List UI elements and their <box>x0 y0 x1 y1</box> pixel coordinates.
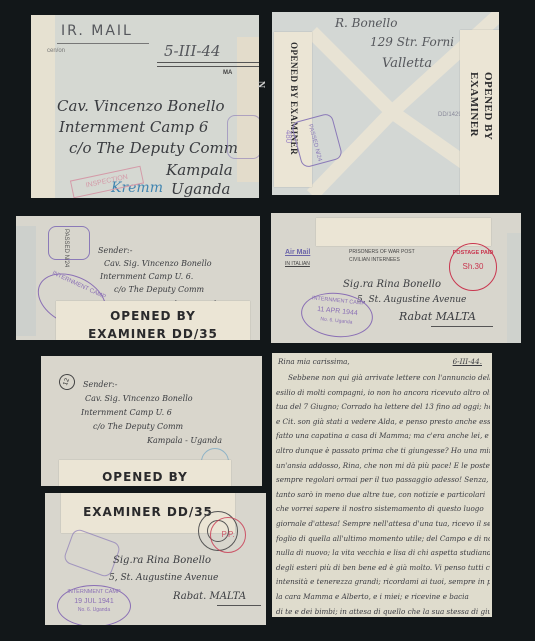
passed-censor-stamp <box>62 528 121 579</box>
address-line: Uganda <box>171 180 230 198</box>
sender-line: 129 Str. Forni <box>370 35 454 49</box>
sender-line: Internment Camp U. 6. <box>100 272 193 281</box>
cover-front-airmail: IR. MAIL 5-III-44 cen/on MA Cav. Vincenz… <box>31 15 259 198</box>
address-line: Kampala <box>166 161 233 179</box>
censor-mark: cen/on <box>47 48 65 54</box>
underline <box>217 605 261 606</box>
sender-label: Sender:- <box>98 246 132 255</box>
underline <box>157 66 259 67</box>
address-line: Rabat. MALTA <box>173 591 246 602</box>
internment-camp-oval-stamp: INTERNMENT CAMP 19 JUL 1941 No. 6. Ugand… <box>57 585 131 625</box>
circle-mark: 12 <box>57 372 78 393</box>
address-line: c/o The Deputy Comm <box>69 139 238 157</box>
examiner-text: EXAMINER DD/35 <box>56 327 250 340</box>
airmail-label: IR. MAIL <box>61 23 133 39</box>
letter-line: foglio di quella all'ultimo momento util… <box>276 532 490 547</box>
examiner-number: 480 <box>284 130 293 143</box>
postage-paid-stamp: POSTAGE PAID Sh.30 <box>449 243 497 291</box>
opened-by-text: OPENED BY <box>482 72 494 140</box>
letter-body: Sebbene non qui già arrivate lettere con… <box>276 371 490 617</box>
letter-line: la cara Mamma e Alberto, e i miei; e ric… <box>276 590 490 605</box>
letter-line: sempre regolari ormai per il tuo passagg… <box>276 473 490 488</box>
sender-line: Cav. Sig. Vincenzo Bonello <box>85 394 193 403</box>
sender-line: Kampala - Uganda <box>147 436 222 445</box>
letter-line: Sebbene non qui già arrivate lettere con… <box>276 371 490 386</box>
examiner-text: EXAMINER <box>468 72 480 137</box>
air-mail-label: Air Mail <box>285 249 310 256</box>
letter-line: degli esteri più di ben bene ed è già mo… <box>276 561 490 576</box>
letter-line: fatto una capatina a casa di Mamma; ma c… <box>276 429 490 444</box>
card-front-malta: EXAMINER DD/35 P.P. Sig.ra Rina Bonello … <box>45 493 266 625</box>
date-text: 5-III-44 <box>164 42 221 60</box>
letter-line: che vorrei sapere il nostro sistemamento… <box>276 502 490 517</box>
letter-line: giornale d'attesa! Sempre nell'attesa d'… <box>276 517 490 532</box>
address-line: 5, St. Augustine Avenue <box>109 573 218 583</box>
sender-line: Internment Camp U. 6 <box>81 408 172 417</box>
underline <box>57 43 149 44</box>
address-line: Sig.ra Rina Bonello <box>113 555 211 566</box>
censor-tape: OPENED BY EXAMINER DD/35 <box>56 301 250 340</box>
sender-line: c/o The Deputy Comm <box>93 422 183 431</box>
dd-mark: DD/1429 <box>438 112 462 118</box>
address-line: Sig.ra Rina Bonello <box>343 279 441 290</box>
letter-line: e Cit. son già stati a vedere Alda, e pe… <box>276 415 490 430</box>
underline <box>157 62 259 63</box>
handwritten-letter: Rina mia carissima, 6-III-44. Sebbene no… <box>272 353 492 617</box>
censor-tape-right: OPENED BY EXAMINER <box>460 30 499 195</box>
passed-censor-stamp <box>227 115 259 159</box>
sender-line: c/o The Deputy Comm <box>114 285 204 294</box>
letter-card-front: Air Mail in Italian PRISONERS OF WAR POS… <box>271 213 521 343</box>
opened-by-text: OPENED BY <box>59 470 231 484</box>
letter-date: 6-III-44. <box>453 355 482 370</box>
card-fold <box>16 226 36 336</box>
opened-by-text: OPENED BY <box>56 309 250 323</box>
address-line: Cav. Vincenzo Bonello <box>57 97 225 115</box>
letter-line: tanto sarò in meno due altre tue, con no… <box>276 488 490 503</box>
letter-line: intensità e tenerezza grandi; ricordami … <box>276 575 490 590</box>
sender-line: Valletta <box>382 56 432 71</box>
letter-line: un'ansia addosso, Rina, che non mi dà pi… <box>276 459 490 474</box>
censor-tape: OPENED BY <box>59 460 231 486</box>
letter-line: nulla di nuovo; la vita vecchia e lisa d… <box>276 546 490 561</box>
civilian-internees-label: CIVILIAN INTERNEES <box>349 257 400 263</box>
card-back-sender: 12 Sender:- Cav. Sig. Vincenzo Bonello I… <box>41 356 262 486</box>
letter-line: esilio di molti compagni, io non ho anco… <box>276 386 490 401</box>
address-line: 5, St. Augustine Avenue <box>357 295 466 305</box>
sender-line: R. Bonello <box>335 16 397 30</box>
censor-tape-right <box>237 37 259 182</box>
pow-post-label: PRISONERS OF WAR POST <box>349 249 415 255</box>
card-fold <box>507 233 521 343</box>
salutation: Rina mia carissima, <box>278 355 350 370</box>
address-line: Rabat MALTA <box>399 310 476 323</box>
letter-line: altro dunque è passato prima che ti giun… <box>276 444 490 459</box>
sender-line: Cav. Sig. Vincenzo Bonello <box>104 259 212 268</box>
letter-card-back: PASSED N/24 Sender:- Cav. Sig. Vincenzo … <box>16 216 260 340</box>
address-line: Internment Camp 6 <box>59 118 208 136</box>
letter-line: di te e dei bimbi; in attesa di quello c… <box>276 605 490 618</box>
small-postmark: MA <box>223 70 232 76</box>
letter-line: tua del 7 Giugno; Corrado ha lettere del… <box>276 400 490 415</box>
cover-back: R. Bonello 129 Str. Forni Valletta DD/14… <box>272 12 499 195</box>
censor-tape-left <box>31 15 55 198</box>
passed-censor-stamp: PASSED N/24 <box>48 226 90 260</box>
censor-tape-top <box>316 218 491 246</box>
red-paid-stamp: P.P. <box>210 517 246 553</box>
language-label: in Italian <box>285 261 310 267</box>
edge-letter: N <box>255 81 266 88</box>
underline <box>431 326 493 327</box>
sender-label: Sender:- <box>83 380 117 389</box>
